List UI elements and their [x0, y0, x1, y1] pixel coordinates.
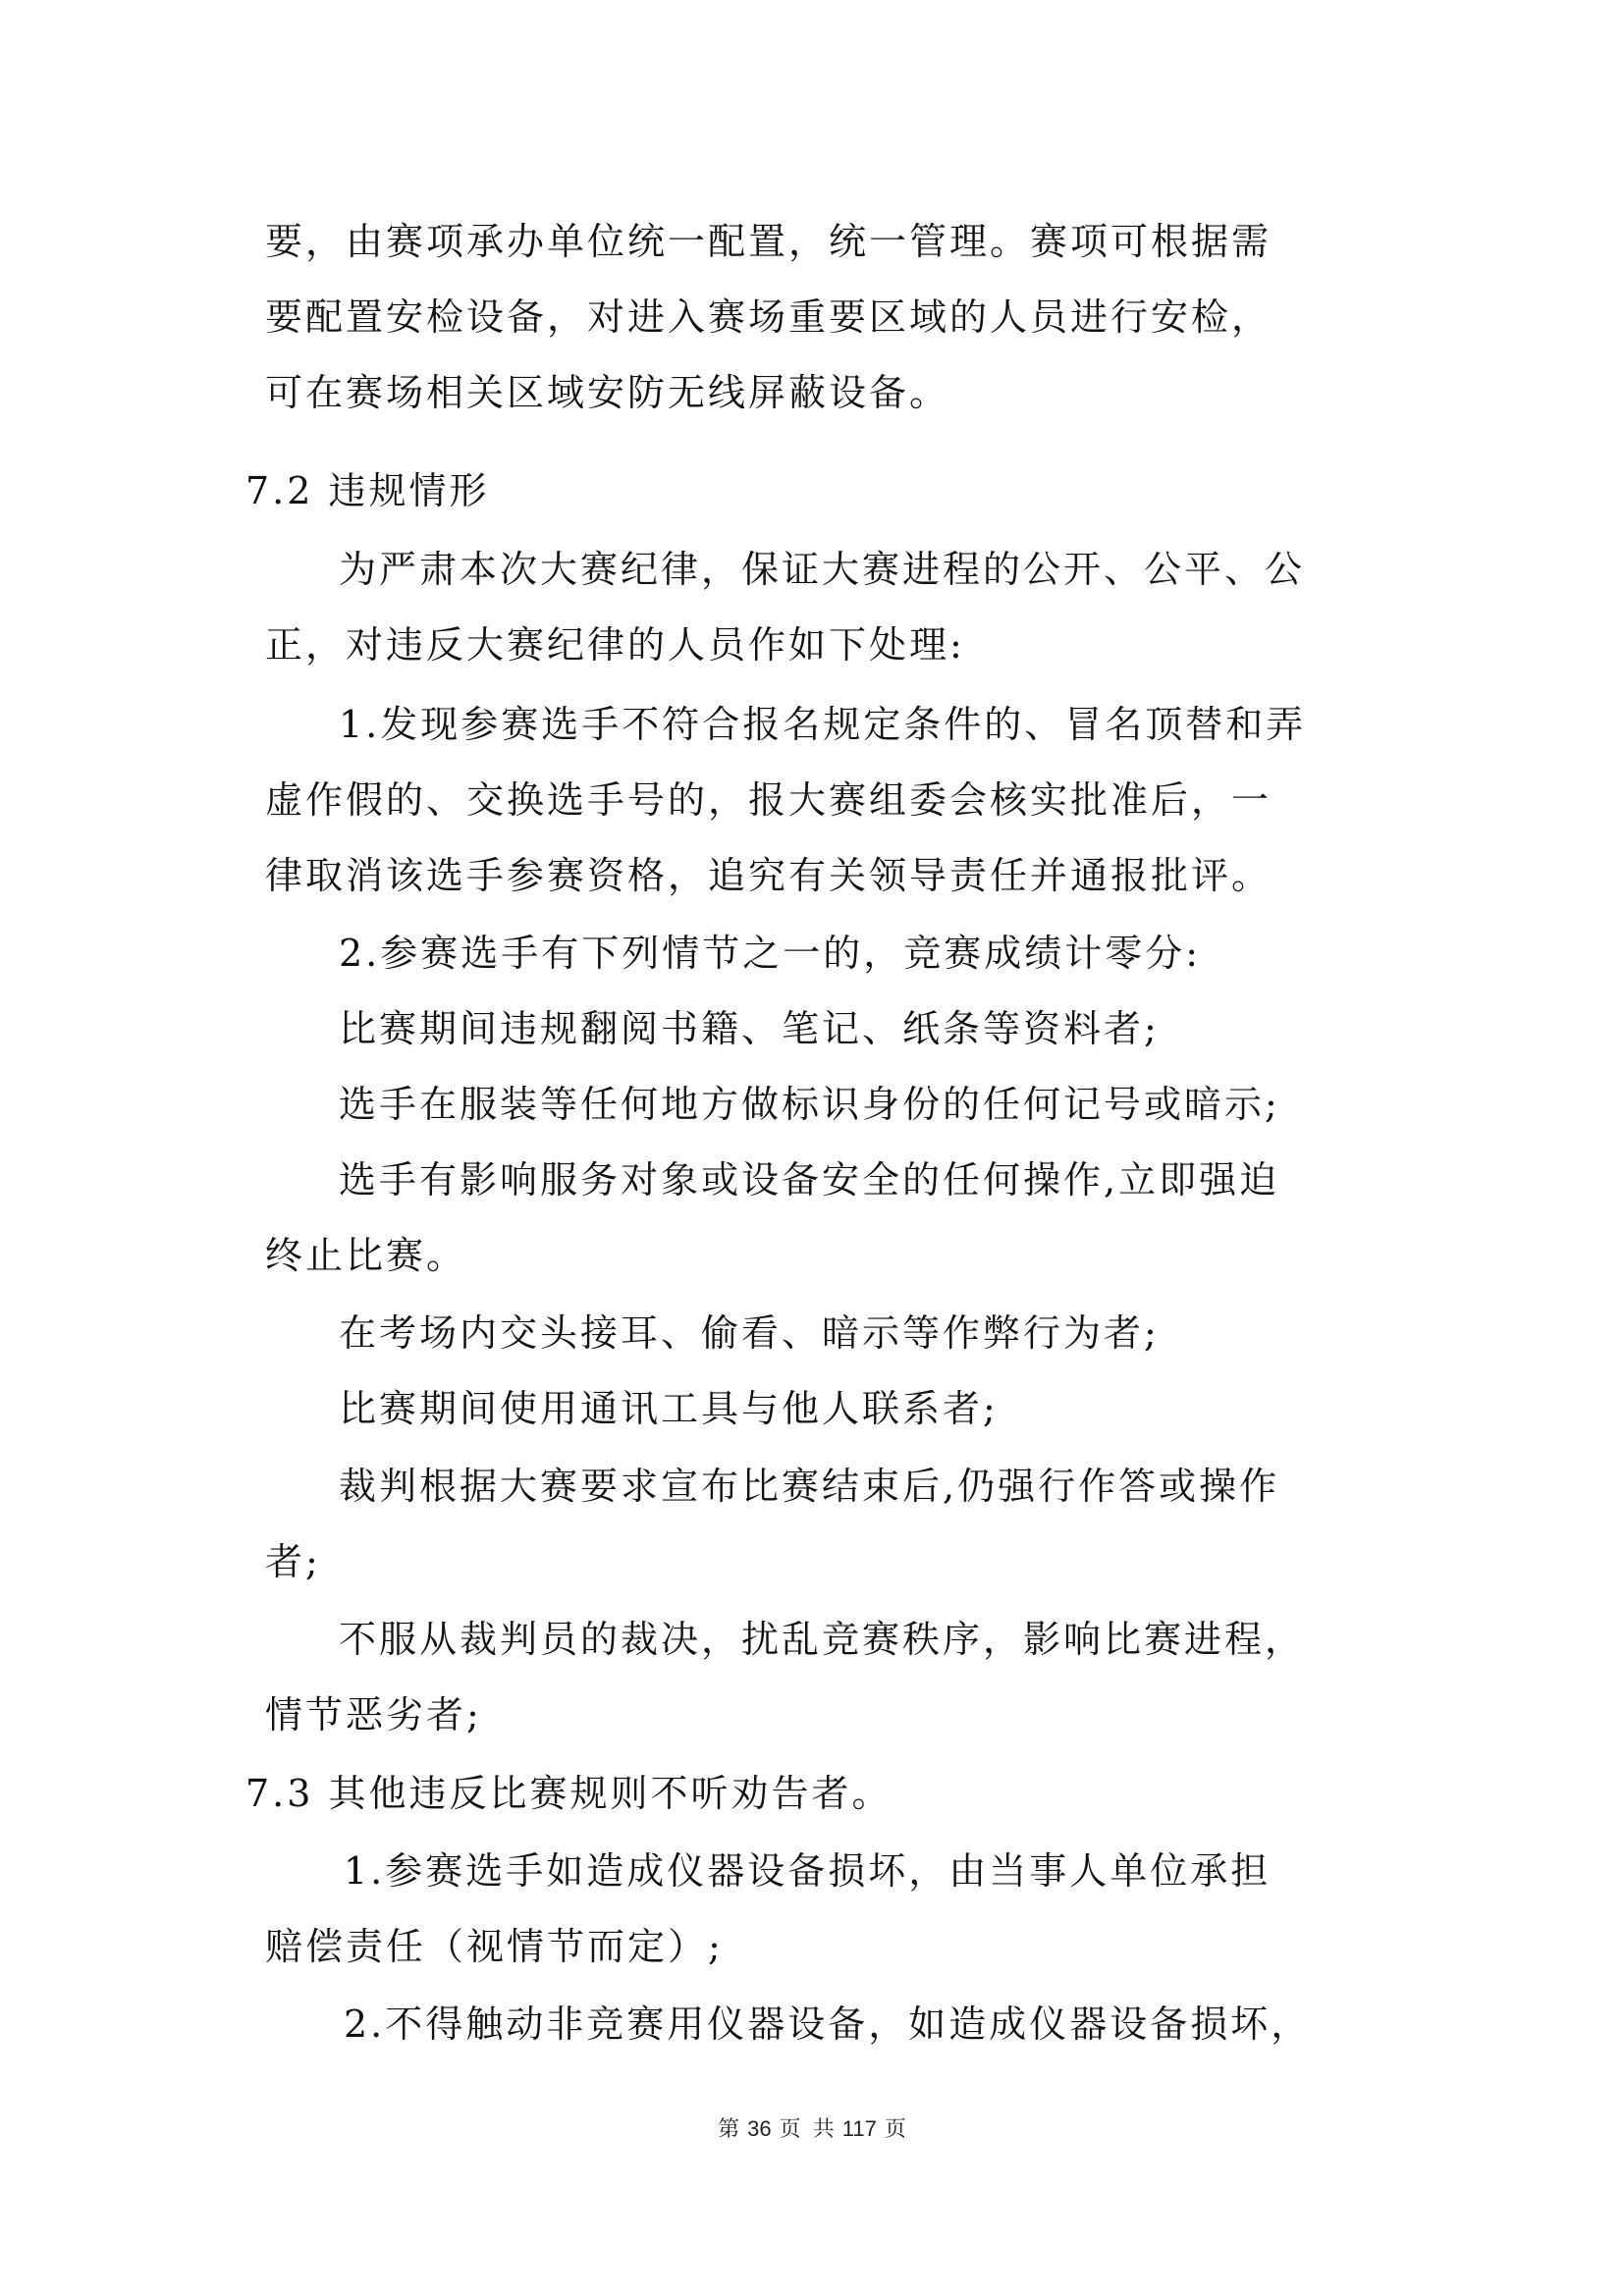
paragraph-line: 要配置安检设备，对进入赛场重要区域的人员进行安检，: [265, 294, 1272, 341]
footer-suffix: 页: [885, 2116, 906, 2141]
section-heading-7-3: 7.3 其他违反比赛规则不听劝告者。: [245, 1770, 893, 1817]
list-item-line: 1.发现参赛选手不符合报名规定条件的、冒名顶替和弄: [339, 701, 1306, 748]
footer-prefix: 第: [718, 2116, 739, 2141]
list-item-line: 赔偿责任（视情节而定）;: [265, 1923, 724, 1970]
list-item-line: 裁判根据大赛要求宣布比赛结束后,仍强行作答或操作: [339, 1463, 1279, 1510]
list-item-line: 2.参赛选手有下列情节之一的，竞赛成绩计零分:: [339, 930, 1201, 977]
footer-middle: 页 共: [780, 2116, 835, 2141]
list-item-line: 者;: [265, 1538, 321, 1585]
list-item-line: 选手在服装等任何地方做标识身份的任何记号或暗示;: [339, 1081, 1280, 1128]
paragraph-line: 为严肃本次大赛纪律，保证大赛进程的公开、公平、公: [339, 546, 1305, 593]
section-heading-7-2: 7.2 违规情形: [245, 467, 490, 514]
list-item-line: 虚作假的、交换选手号的，报大赛组委会核实批准后，一: [265, 776, 1272, 824]
list-item-line: 比赛期间违规翻阅书籍、笔记、纸条等资料者;: [339, 1005, 1160, 1052]
list-item-line: 2.不得触动非竞赛用仪器设备，如造成仪器设备损坏，: [344, 2001, 1311, 2048]
list-item-line: 终止比赛。: [265, 1232, 466, 1279]
list-item-line: 1.参赛选手如造成仪器设备损坏，由当事人单位承担: [344, 1847, 1271, 1895]
list-item-line: 情节恶劣者;: [265, 1691, 482, 1738]
paragraph-line: 正，对违反大赛纪律的人员作如下处理:: [265, 621, 965, 668]
list-item-line: 不服从裁判员的裁决，扰乱竞赛秩序，影响比赛进程，: [339, 1616, 1305, 1663]
list-item-line: 律取消该选手参赛资格，追究有关领导责任并通报批评。: [265, 852, 1272, 899]
document-page: 要，由赛项承办单位统一配置，统一管理。赛项可根据需 要配置安检设备，对进入赛场重…: [0, 0, 1624, 2296]
total-pages-number: 117: [842, 2116, 877, 2141]
paragraph-line: 可在赛场相关区域安防无线屏蔽设备。: [265, 369, 949, 416]
list-item-line: 比赛期间使用通讯工具与他人联系者;: [339, 1385, 999, 1432]
current-page-number: 36: [747, 2116, 771, 2141]
page-footer: 第36页 共117页: [0, 2112, 1624, 2143]
paragraph-line: 要，由赛项承办单位统一配置，统一管理。赛项可根据需: [265, 218, 1272, 265]
list-item-line: 在考场内交头接耳、偷看、暗示等作弊行为者;: [339, 1309, 1160, 1357]
list-item-line: 选手有影响服务对象或设备安全的任何操作,立即强迫: [339, 1156, 1279, 1203]
